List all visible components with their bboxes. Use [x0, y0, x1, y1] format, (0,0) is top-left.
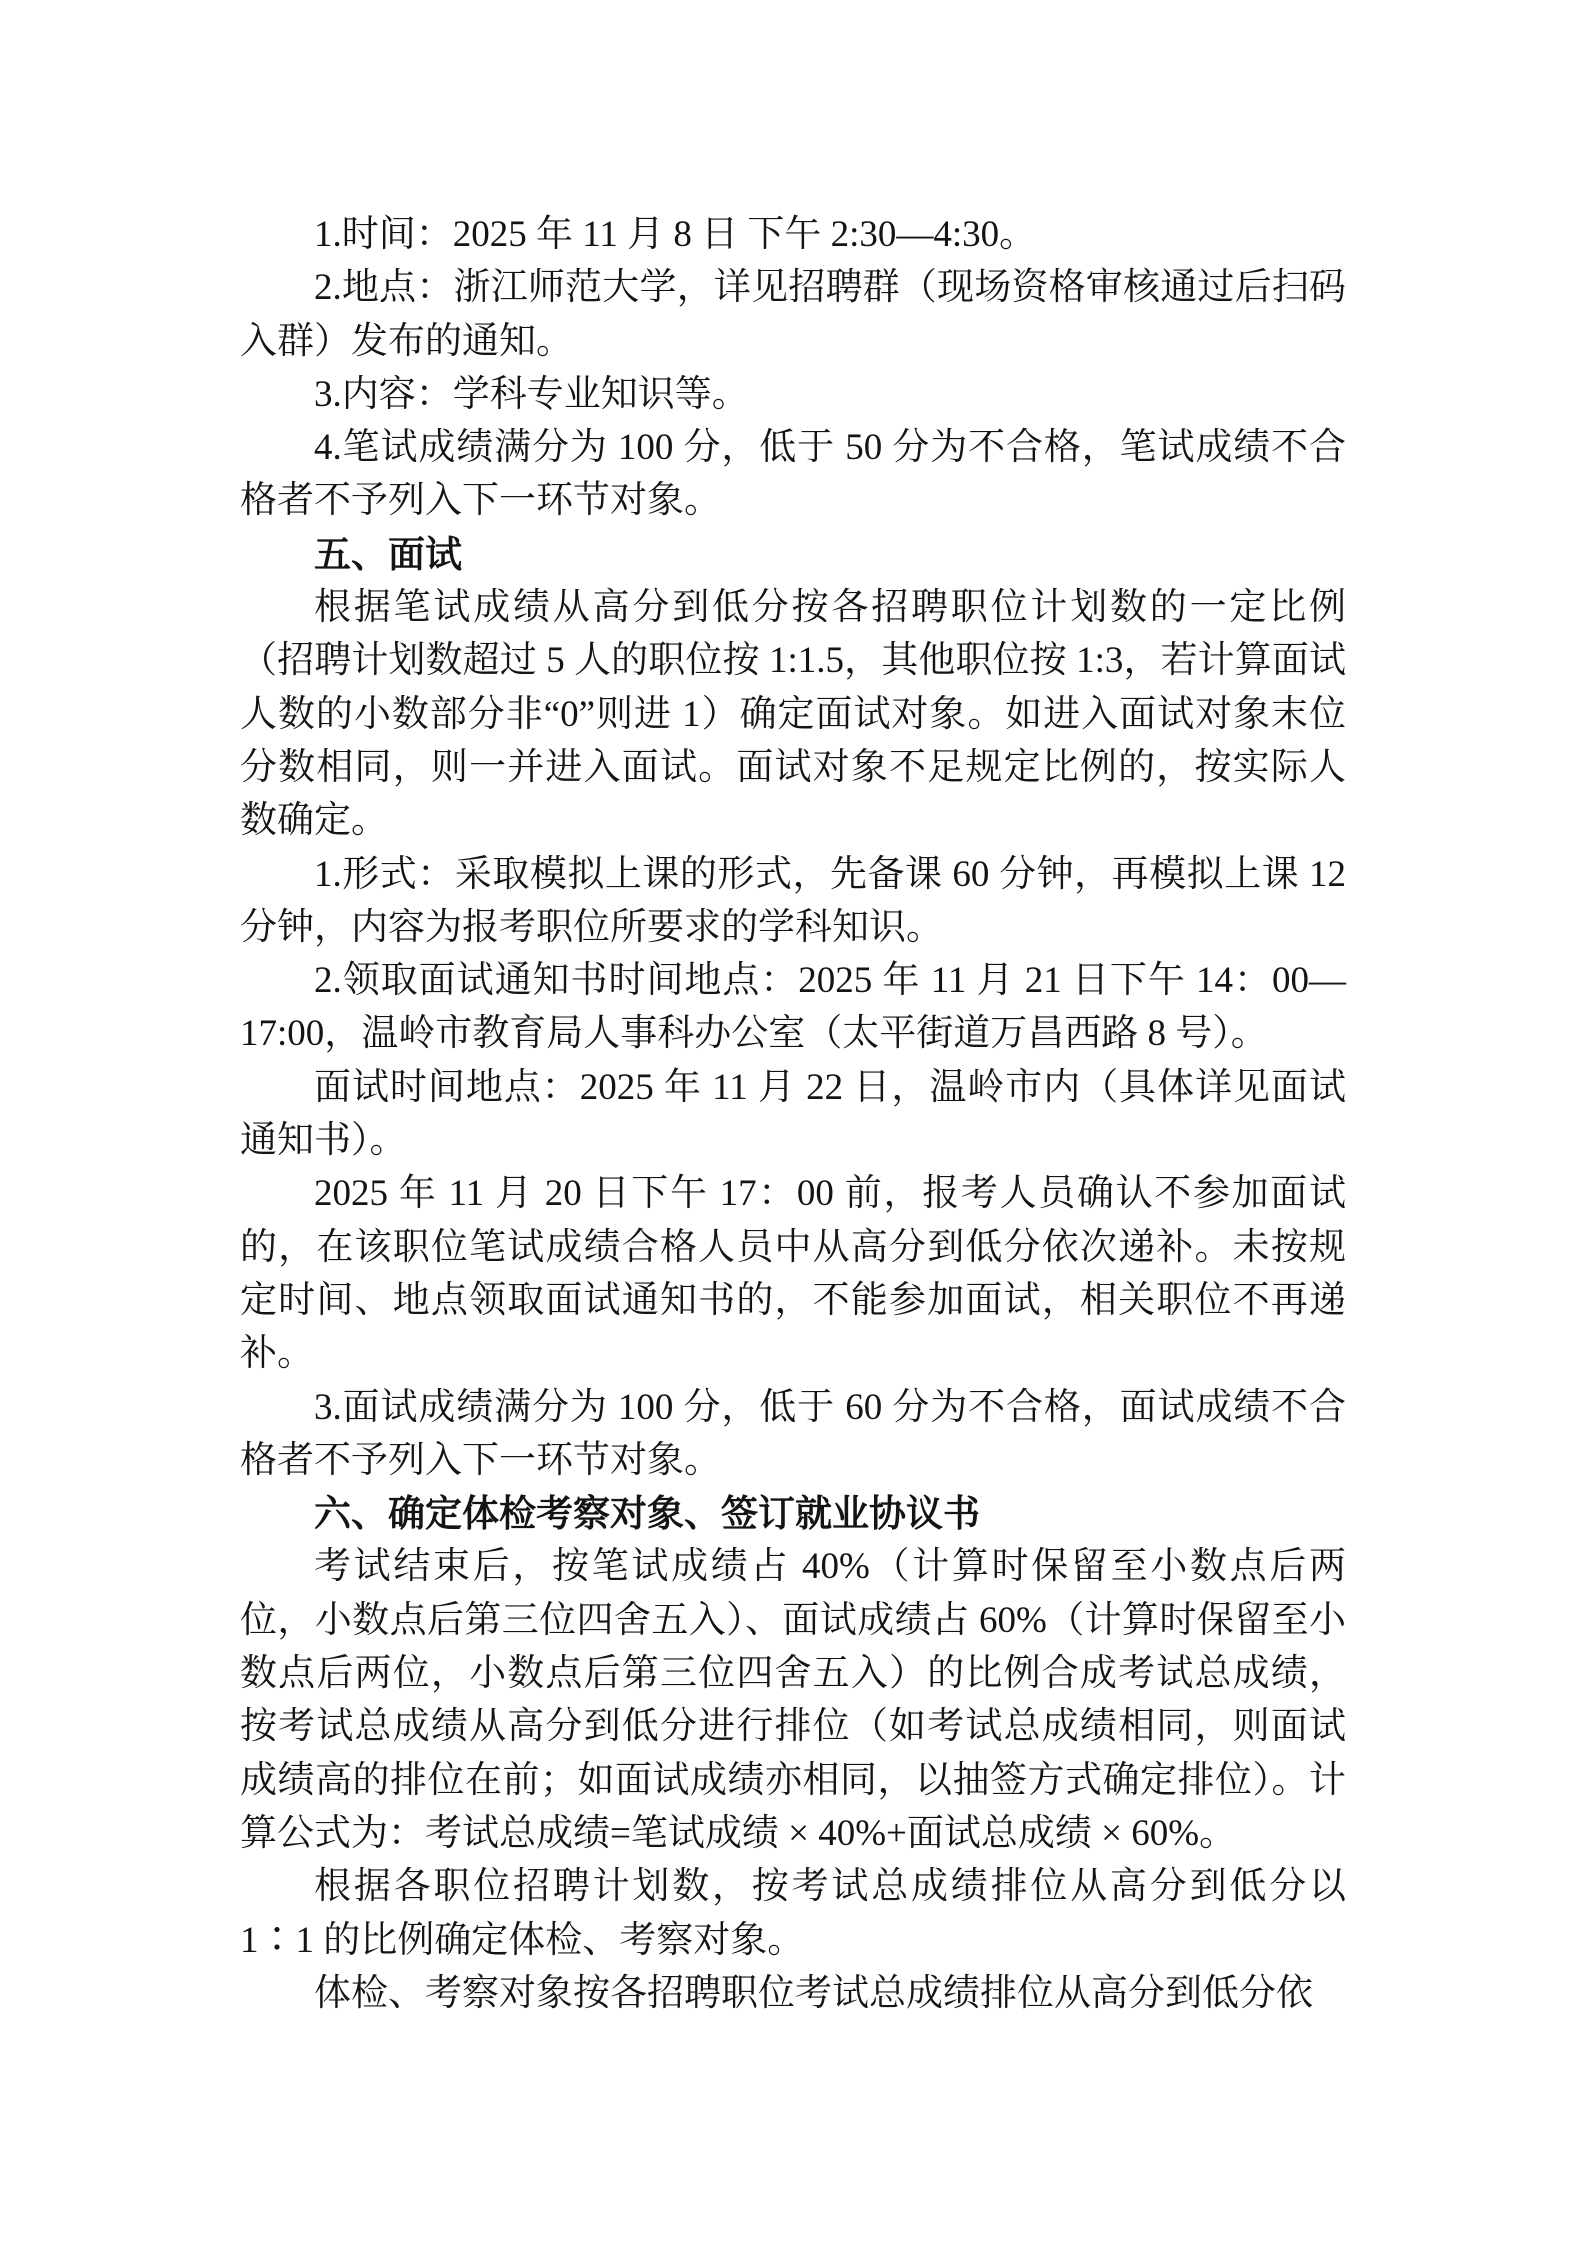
paragraph-interview-notice: 2.领取面试通知书时间地点：2025 年 11 月 21 日下午 14：00—1…	[240, 954, 1346, 1061]
paragraph-written-exam-place: 2.地点：浙江师范大学，详见招聘群（现场资格审核通过后扫码入群）发布的通知。	[240, 261, 1346, 368]
text-column: 1.时间：2025 年 11 月 8 日 下午 2:30—4:30。 2.地点：…	[240, 208, 1346, 2020]
paragraph-written-exam-scoring: 4.笔试成绩满分为 100 分，低于 50 分为不合格，笔试成绩不合格者不予列入…	[240, 421, 1346, 528]
paragraph-total-score-formula: 考试结束后，按笔试成绩占 40%（计算时保留至小数点后两位，小数点后第三位四舍五…	[240, 1540, 1346, 1860]
section-heading-physical-exam: 六、确定体检考察对象、签订就业协议书	[240, 1487, 1346, 1540]
paragraph-interview-format: 1.形式：采取模拟上课的形式，先备课 60 分钟，再模拟上课 12 分钟，内容为…	[240, 848, 1346, 955]
section-heading-interview: 五、面试	[240, 528, 1346, 581]
paragraph-physical-exam-order: 体检、考察对象按各招聘职位考试总成绩排位从高分到低分依	[240, 1967, 1346, 2020]
paragraph-interview-ratio: 根据笔试成绩从高分到低分按各招聘职位计划数的一定比例（招聘计划数超过 5 人的职…	[240, 581, 1346, 847]
paragraph-interview-time-place: 面试时间地点：2025 年 11 月 22 日，温岭市内（具体详见面试通知书）。	[240, 1061, 1346, 1168]
paragraph-interview-replacement: 2025 年 11 月 20 日下午 17：00 前，报考人员确认不参加面试的，…	[240, 1167, 1346, 1380]
document-page: 1.时间：2025 年 11 月 8 日 下午 2:30—4:30。 2.地点：…	[0, 0, 1587, 2245]
paragraph-interview-scoring: 3.面试成绩满分为 100 分，低于 60 分为不合格，面试成绩不合格者不予列入…	[240, 1381, 1346, 1488]
paragraph-written-exam-content: 3.内容：学科专业知识等。	[240, 368, 1346, 421]
paragraph-written-exam-time: 1.时间：2025 年 11 月 8 日 下午 2:30—4:30。	[240, 208, 1346, 261]
paragraph-selection-ratio: 根据各职位招聘计划数，按考试总成绩排位从高分到低分以 1∶1 的比例确定体检、考…	[240, 1860, 1346, 1967]
